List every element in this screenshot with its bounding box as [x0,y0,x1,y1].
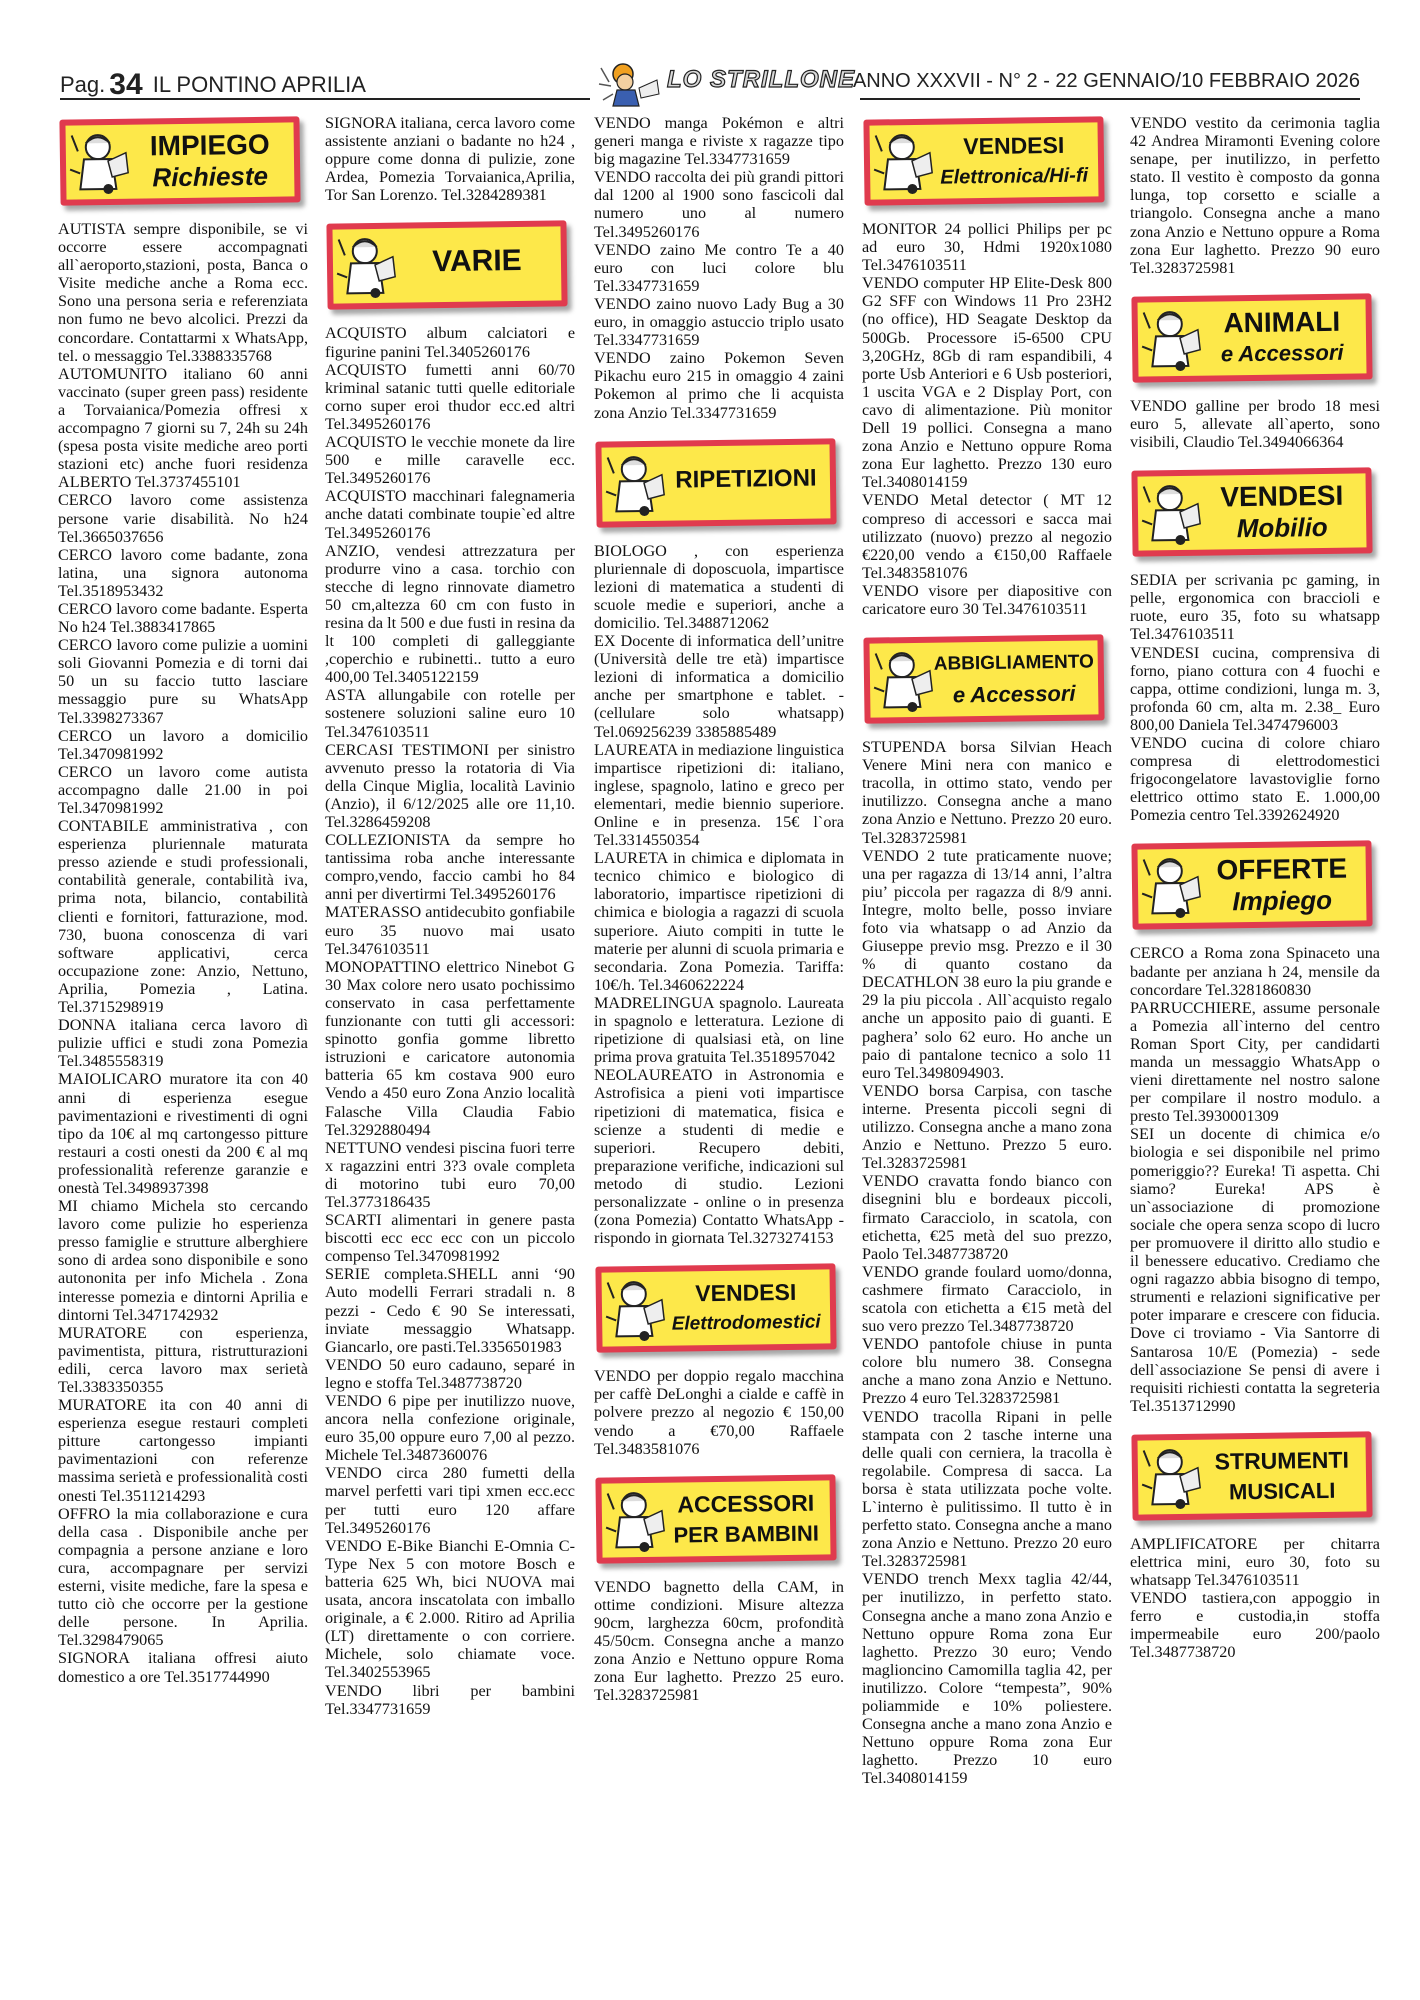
column-2: SIGNORA italiana, cerca lavoro come assi… [325,114,575,1718]
classified-ad: VENDO circa 280 fumetti della marvel per… [325,1464,575,1536]
newsboy-mascot-icon [1140,1444,1203,1513]
classified-ad: AUTOMUNITO italiano 60 anni vaccinato (s… [58,365,308,492]
header-rule-right [860,98,1360,100]
classified-ad: ACQUISTO fumetti anni 60/70 kriminal sat… [325,361,575,433]
banner-title: VENDESI [1202,480,1362,514]
classified-ad: SCARTI alimentari in genere pasta biscot… [325,1211,575,1265]
classified-ad: MURATORE ita con 40 anni di esperienza e… [58,1396,308,1505]
classified-ad: BIOLOGO , con esperienza pluriennale di … [594,542,844,632]
page-label: Pag.34 IL PONTINO APRILIA [60,68,366,102]
classified-ad: VENDO per doppio regalo macchina per caf… [594,1367,844,1457]
classified-ad: SIGNORA italiana offresi aiuto domestico… [58,1649,308,1685]
classified-ad: SEI un docente di chimica e/o biologia e… [1130,1125,1380,1415]
banner-subtitle: Richieste [130,160,290,192]
classified-ad: MI chiamo Michela sto cercando lavoro co… [58,1197,308,1324]
newsboy-mascot-icon [604,1276,667,1345]
classified-ad: MADRELINGUA spagnolo. Laureata in spagno… [594,994,844,1066]
classified-ad: CONTABILE amministrativa , con esperienz… [58,817,308,1016]
page-number: 34 [109,68,142,101]
classified-ad: VENDO cucina di colore chiaro compresa d… [1130,734,1380,824]
newsboy-mascot-icon [335,233,398,302]
classified-ad: CERCASI TESTIMONI per sinistro avvenuto … [325,741,575,831]
classified-ad: VENDO tastiera,con appoggio in ferro e c… [1130,1589,1380,1661]
banner-title: ABBIGLIAMENTO [934,647,1094,681]
header-rule-left [60,98,590,100]
newsboy-mascot-icon [604,450,667,519]
classified-ad: CERCO un lavoro a domicilio Tel.34709819… [58,727,308,763]
banner-subtitle: PER BAMBINI [666,1518,826,1550]
classified-ad: LAUREATA in mediazione linguistica impar… [594,741,844,850]
classified-ad: VENDO visore per diapositive con caricat… [862,582,1112,618]
banner-title: VARIE [397,245,557,279]
classified-ad: VENDO borsa Carpisa, con tasche interne.… [862,1082,1112,1172]
section-banner-ripetizioni: RIPETIZIONI [595,438,836,527]
classified-ad: ACQUISTO le vecchie monete da lire 500 e… [325,433,575,487]
banner-title: IMPIEGO [130,128,290,162]
section-banner-abbigliamento: ABBIGLIAMENTO e Accessori [863,634,1104,723]
section-banner-accessori-bambini: ACCESSORI PER BAMBINI [595,1474,836,1563]
classified-ad: VENDO galline per brodo 18 mesi euro 5, … [1130,397,1380,451]
classified-ad: ANZIO, vendesi attrezzatura per produrre… [325,542,575,687]
classified-ad: VENDESI cucina, comprensiva di forno, pi… [1130,644,1380,734]
classified-ad: ACQUISTO macchinari falegnameria anche d… [325,487,575,541]
column-3: VENDO manga Pokémon e altri generi manga… [594,114,844,1704]
column-4: VENDESI Elettronica/Hi-fi MONITOR 24 pol… [862,114,1112,1788]
classified-ad: VENDO E-Bike Bianchi E-Omnia C-Type Nex … [325,1537,575,1682]
classified-ad: VENDO cravatta fondo bianco con disegnin… [862,1172,1112,1262]
banner-subtitle: e Accessori [934,679,1094,711]
classified-ad: ASTA allungabile con rotelle per sostene… [325,686,575,740]
classified-ad: NETTUNO vendesi piscina fuori terre x ra… [325,1139,575,1211]
newsboy-mascot-icon [872,647,935,716]
section-banner-elettrodomestici: VENDESI Elettrodomestici [595,1264,836,1353]
classified-ad: VENDO vestito da cerimonia taglia 42 And… [1130,114,1380,277]
classified-ad: VENDO tracolla Ripani in pelle stampata … [862,1408,1112,1571]
classified-ad: SERIE completa.SHELL anni ‘90 Auto model… [325,1265,575,1355]
section-banner-offerte-impiego: OFFERTE Impiego [1131,841,1372,930]
section-banner-animali: ANIMALI e Accessori [1131,293,1372,382]
classified-ad: CERCO lavoro come badante, zona latina, … [58,546,308,600]
classified-ad: MONITOR 24 pollici Philips per pc ad eur… [862,220,1112,274]
banner-title: VENDESI [666,1276,826,1310]
classified-ad: OFFRO la mia collaborazione e cura della… [58,1505,308,1650]
banner-title: OFFERTE [1202,853,1362,887]
classified-ad: VENDO libri per bambini Tel.3347731659 [325,1682,575,1718]
banner-title: VENDESI [934,128,1094,162]
banner-subtitle: Elettronica/Hi-fi [934,160,1094,192]
section-banner-varie: VARIE [326,221,567,310]
newsboy-mascot-icon [595,60,665,110]
column-5: VENDO vestito da cerimonia taglia 42 And… [1130,114,1380,1662]
lo-strillone-logo: LO STRILLONE [595,60,855,110]
banner-subtitle: Elettrodomestici [666,1308,826,1340]
banner-title: RIPETIZIONI [666,462,826,496]
classified-ad: VENDO 6 pipe per inutilizzo nuove, ancor… [325,1392,575,1464]
section-banner-elettronica: VENDESI Elettronica/Hi-fi [863,116,1104,205]
classified-ad: NEOLAUREATO in Astronomia e Astrofisica … [594,1066,844,1247]
classified-ad: VENDO bagnetto della CAM, in ottime cond… [594,1578,844,1705]
section-banner-strumenti-musicali: STRUMENTI MUSICALI [1131,1431,1372,1520]
classified-ad: VENDO zaino Pokemon Seven Pikachu euro 2… [594,349,844,421]
classified-ad: STUPENDA borsa Silvian Heach Venere Mini… [862,738,1112,847]
classified-ad: SEDIA per scrivania pc gaming, in pelle,… [1130,571,1380,643]
page-header: Pag.34 IL PONTINO APRILIA LO STRILLONE A… [60,64,1360,104]
classified-ad: VENDO zaino nuovo Lady Bug a 30 euro, in… [594,295,844,349]
classified-ad: CERCO lavoro come badante. Esperta No h2… [58,600,308,636]
issue-info: ANNO XXXVII - N° 2 - 22 GENNAIO/10 FEBBR… [853,70,1360,93]
classified-ad: CERCO lavoro come pulizie a uomini soli … [58,636,308,726]
logo-text: LO STRILLONE [667,66,855,94]
classified-ad: CERCO lavoro come assistenza persone var… [58,491,308,545]
classified-ad: CERCO a Roma zona Spinaceto una badante … [1130,944,1380,998]
classified-ad: AMPLIFICATORE per chitarra elettrica min… [1130,1535,1380,1589]
newsboy-mascot-icon [1140,306,1203,375]
publication-name: IL PONTINO APRILIA [153,72,366,97]
classified-ad: MAIOLICARO muratore ita con 40 anni di e… [58,1070,308,1197]
banner-title: ANIMALI [1202,305,1362,339]
classified-ad: VENDO 2 tute praticamente nuove; una per… [862,847,1112,1082]
classified-ad: AUTISTA sempre disponibile, se vi occorr… [58,220,308,365]
classified-ad: VENDO 50 euro cadauno, separé in legno e… [325,1356,575,1392]
banner-title: ACCESSORI [666,1486,826,1520]
classified-ad: LAURETA in chimica e diplomata in tecnic… [594,849,844,994]
banner-title: STRUMENTI [1202,1443,1362,1477]
classified-ad: VENDO manga Pokémon e altri generi manga… [594,114,844,168]
newsboy-mascot-icon [68,129,131,198]
classified-ad: PARRUCCHIERE, assume personale a Pomezia… [1130,999,1380,1126]
classified-ad: CERCO un lavoro come autista accompagno … [58,763,308,817]
newsboy-mascot-icon [604,1486,667,1555]
classified-ad: MONOPATTINO elettrico Ninebot G 30 Max c… [325,958,575,1139]
banner-subtitle: MUSICALI [1202,1475,1362,1507]
classified-ad: VENDO grande foulard uomo/donna, cashmer… [862,1263,1112,1335]
classified-ad: SIGNORA italiana, cerca lavoro come assi… [325,114,575,204]
newsboy-mascot-icon [1140,853,1203,922]
classified-ad: COLLEZIONISTA da sempre ho tantissima ro… [325,831,575,903]
newsboy-mascot-icon [872,129,935,198]
pag-label: Pag. [60,72,105,97]
classified-ad: MURATORE con esperienza, pavimentista, p… [58,1324,308,1396]
classified-ad: DONNA italiana cerca lavoro dì pulizie u… [58,1016,308,1070]
column-1: IMPIEGO Richieste AUTISTA sempre disponi… [58,114,308,1686]
classified-ad: VENDO pantofole chiuse in punta colore b… [862,1335,1112,1407]
classified-ad: ACQUISTO album calciatori e figurine pan… [325,324,575,360]
classified-ad: MATERASSO antidecubito gonfiabile euro 3… [325,903,575,957]
section-banner-impiego-richieste: IMPIEGO Richieste [59,116,300,205]
newsboy-mascot-icon [1140,480,1203,549]
banner-subtitle: Mobilio [1202,512,1362,544]
classified-ad: EX Docente di informatica dell’unitre (U… [594,632,844,741]
banner-subtitle: Impiego [1202,885,1362,917]
classified-ad: VENDO raccolta dei più grandi pittori da… [594,168,844,240]
section-banner-mobilio: VENDESI Mobilio [1131,467,1372,556]
classified-ad: VENDO zaino Me contro Te a 40 euro con l… [594,241,844,295]
banner-subtitle: e Accessori [1202,337,1362,369]
classified-ad: VENDO computer HP Elite-Desk 800 G2 SFF … [862,274,1112,491]
classified-ad: VENDO Metal detector ( MT 12 compreso di… [862,491,1112,581]
classified-ad: VENDO trench Mexx taglia 42/44, per inut… [862,1570,1112,1787]
